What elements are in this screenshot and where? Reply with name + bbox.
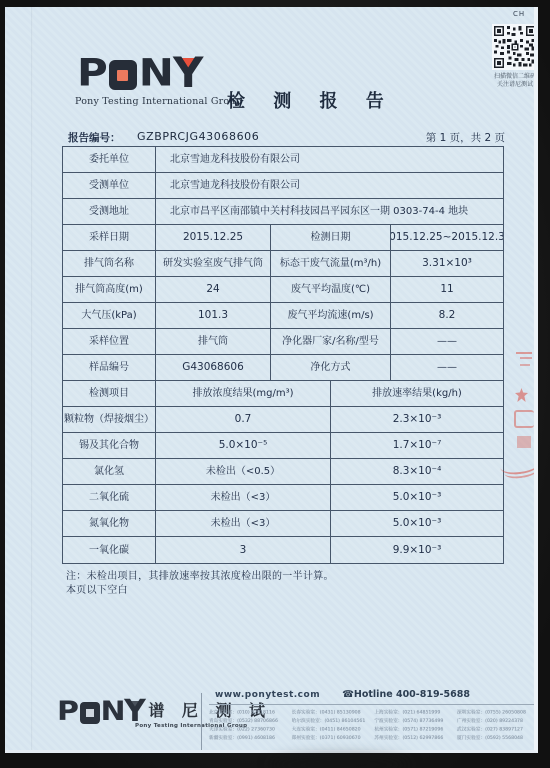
- row-value: G43068606: [156, 355, 271, 380]
- document-title: 检 测 报 告: [227, 87, 395, 113]
- rate-value: 5.0×10⁻³: [331, 485, 503, 510]
- report-meta-line: 报告编号： GZBPRCJG43068606 第 1 页，共 2 页: [65, 130, 505, 144]
- result-row: 一氧化碳 3 9.9×10⁻³: [63, 537, 503, 563]
- row-value: 101.3: [156, 303, 271, 328]
- lab-phone: 哈尔滨实验室：(0451) 86104561: [292, 717, 375, 726]
- column-header: 排放浓度结果(mg/m³): [156, 381, 331, 406]
- footer-contact-block: www.ponytest.com ☎Hotline 400-819-5688 北…: [209, 689, 538, 752]
- lab-phone: 天津实验室：(022) 27360730: [209, 725, 292, 734]
- logo-o-square: [117, 70, 128, 81]
- row-value: 北京雪迪龙科技股份有限公司: [156, 173, 503, 198]
- stamp-mark: [520, 364, 530, 366]
- website-link[interactable]: www.ponytest.com: [215, 690, 320, 700]
- lab-phone: 长春实验室：(0431) 85130908: [292, 708, 375, 717]
- rate-value: 9.9×10⁻³: [331, 537, 503, 563]
- lab-phone: 苏州实验室：(0512) 62997866: [374, 734, 457, 743]
- row-label: 采样位置: [63, 329, 156, 354]
- lab-phone: 郑州实验室：(0371) 60930670: [292, 734, 375, 743]
- row-label: 排气筒名称: [63, 251, 156, 276]
- analyte-name: 氯化氢: [63, 459, 156, 484]
- row-label: 排气筒高度(m): [63, 277, 156, 302]
- stamp-mark: [517, 436, 531, 448]
- lab-phone: 宁波实验室：(0574) 87736499: [374, 717, 457, 726]
- row-label: 委托单位: [63, 147, 156, 172]
- result-row: 氯化氢 未检出（<0.5） 8.3×10⁻⁴: [63, 459, 503, 485]
- row-label: 净化器厂家/名称/型号: [271, 329, 391, 354]
- pony-logo: P N Y: [77, 51, 201, 91]
- footer-divider: [201, 693, 202, 753]
- logo-subtitle: Pony Testing International Group: [75, 96, 242, 107]
- concentration-value: 未检出（<3）: [156, 485, 331, 510]
- analyte-name: 氮氧化物: [63, 511, 156, 536]
- report-no-label: 报告编号：: [68, 130, 121, 145]
- row-label: 废气平均温度(℃): [271, 277, 391, 302]
- footer-logo-letter-n: N: [101, 701, 125, 724]
- lab-phone: 广州实验室：(020) 89224378: [457, 717, 538, 726]
- page-number-info: 第 1 页，共 2 页: [426, 130, 505, 145]
- lab-phone: 厦门实验室：(0592) 5568048: [457, 734, 538, 743]
- footer-logo-o-square: [86, 709, 94, 717]
- photo-smudge: [270, 756, 410, 768]
- lab-phone: 北京实验室：(010) 82618116: [209, 708, 292, 717]
- language-tag: CH: [513, 10, 525, 18]
- logo-letter-p: P: [77, 57, 106, 89]
- concentration-value: 未检出（<0.5）: [156, 459, 331, 484]
- photo-of-report: { "page": { "lang_tag": "CH", "title": "…: [0, 0, 550, 768]
- table-row: 排气筒高度(m) 24 废气平均温度(℃) 11: [63, 277, 503, 303]
- logo-letter-y: Y: [173, 55, 201, 91]
- row-value: 24: [156, 277, 271, 302]
- report-page: CH: [5, 7, 538, 753]
- lab-phone: 上海实验室：(021) 64851999: [374, 708, 457, 717]
- row-value: 11: [391, 277, 503, 302]
- lab-phone: 杭州实验室：(0571) 87219096: [374, 725, 457, 734]
- table-row: 排气筒名称 研发实验室废气排气筒 标态干废气流量(m³/h) 3.31×10³: [63, 251, 503, 277]
- report-no-value: GZBPRCJG43068606: [137, 130, 259, 143]
- logo-letter-n: N: [139, 57, 172, 89]
- row-value: 北京雪迪龙科技股份有限公司: [156, 147, 503, 172]
- analyte-name: 一氧化碳: [63, 537, 156, 563]
- row-label: 标态干废气流量(m³/h): [271, 251, 391, 276]
- result-row: 二氧化硫 未检出（<3） 5.0×10⁻³: [63, 485, 503, 511]
- row-value: 2015.12.25: [156, 225, 271, 250]
- row-label: 检测日期: [271, 225, 391, 250]
- qr-code-icon: [494, 26, 536, 68]
- logo-letter-o: [109, 60, 137, 90]
- row-label: 受测地址: [63, 199, 156, 224]
- concentration-value: 5.0×10⁻⁵: [156, 433, 331, 458]
- lab-phone: 深圳实验室：(0755) 26050808: [457, 708, 538, 717]
- row-label: 净化方式: [271, 355, 391, 380]
- scan-crease: [31, 7, 33, 750]
- qr-caption-line2: 关注谱尼测试: [488, 81, 538, 89]
- analyte-name: 颗粒物（焊接烟尘）: [63, 407, 156, 432]
- red-stamp-partial: [494, 352, 534, 492]
- row-value: 8.2: [391, 303, 503, 328]
- qr-caption: 扫描微信二维码 关注谱尼测试: [488, 73, 538, 88]
- result-row: 氮氧化物 未检出（<3） 5.0×10⁻³: [63, 511, 503, 537]
- footer-logo-letter-o: [80, 702, 100, 724]
- lab-phone: 武汉实验室：(027) 83897127: [457, 725, 538, 734]
- table-row: 委托单位 北京雪迪龙科技股份有限公司: [63, 147, 503, 173]
- rate-value: 2.3×10⁻³: [331, 407, 503, 432]
- row-value: 3.31×10³: [391, 251, 503, 276]
- stamp-mark: [520, 357, 532, 359]
- qr-caption-line1: 扫描微信二维码: [488, 73, 538, 81]
- rate-value: 8.3×10⁻⁴: [331, 459, 503, 484]
- result-row: 锡及其化合物 5.0×10⁻⁵ 1.7×10⁻⁷: [63, 433, 503, 459]
- table-row: 采样位置 排气筒 净化器厂家/名称/型号 ——: [63, 329, 503, 355]
- row-value: 2015.12.25~2015.12.31: [391, 225, 503, 250]
- concentration-value: 0.7: [156, 407, 331, 432]
- row-label: 大气压(kPa): [63, 303, 156, 328]
- lab-phone: 新疆实验室：(0991) 4608186: [209, 734, 292, 743]
- table-row: 采样日期 2015.12.25 检测日期 2015.12.25~2015.12.…: [63, 225, 503, 251]
- rate-value: 1.7×10⁻⁷: [331, 433, 503, 458]
- table-row: 大气压(kPa) 101.3 废气平均流速(m/s) 8.2: [63, 303, 503, 329]
- concentration-value: 3: [156, 537, 331, 563]
- footer-rule-top: [209, 704, 538, 705]
- row-value: ——: [391, 329, 503, 354]
- analyte-name: 二氧化硫: [63, 485, 156, 510]
- report-table: 委托单位 北京雪迪龙科技股份有限公司 受测单位 北京雪迪龙科技股份有限公司 受测…: [62, 146, 504, 564]
- results-header-row: 检测项目 排放浓度结果(mg/m³) 排放速率结果(kg/h): [63, 381, 503, 407]
- table-row: 样品编号 G43068606 净化方式 ——: [63, 355, 503, 381]
- row-value: 研发实验室废气排气筒: [156, 251, 271, 276]
- analyte-name: 锡及其化合物: [63, 433, 156, 458]
- row-label: 采样日期: [63, 225, 156, 250]
- blank-below-note: 本页以下空白: [66, 581, 128, 596]
- row-value: 北京市昌平区南邵镇中关村科技园昌平园东区一期 0303-74-4 地块: [156, 199, 503, 224]
- row-label: 废气平均流速(m/s): [271, 303, 391, 328]
- note-line: 注：未检出项目，其排放速率按其浓度检出限的一半计算。: [66, 567, 334, 582]
- qr-code: [492, 24, 538, 70]
- footer-logo-letter-y: Y: [124, 699, 144, 725]
- stamp-star-icon: [515, 388, 528, 402]
- lab-phone: 青岛实验室：(0532) 88706866: [209, 717, 292, 726]
- rate-value: 5.0×10⁻³: [331, 511, 503, 536]
- lab-phone: 大连实验室：(0411) 84650820: [292, 725, 375, 734]
- table-row: 受测地址 北京市昌平区南邵镇中关村科技园昌平园东区一期 0303-74-4 地块: [63, 199, 503, 225]
- hotline-number: ☎Hotline 400-819-5688: [342, 689, 470, 700]
- column-header: 检测项目: [63, 381, 156, 406]
- row-value: 排气筒: [156, 329, 271, 354]
- row-label: 受测单位: [63, 173, 156, 198]
- row-label: 样品编号: [63, 355, 156, 380]
- result-row: 颗粒物（焊接烟尘） 0.7 2.3×10⁻³: [63, 407, 503, 433]
- footer-logo-letter-p: P: [57, 701, 78, 724]
- row-value: ——: [391, 355, 503, 380]
- concentration-value: 未检出（<3）: [156, 511, 331, 536]
- stamp-mark: [516, 352, 532, 354]
- table-row: 受测单位 北京雪迪龙科技股份有限公司: [63, 173, 503, 199]
- lab-phone-grid: 北京实验室：(010) 82618116 长春实验室：(0431) 851309…: [209, 708, 538, 742]
- stamp-mark: [514, 410, 534, 428]
- column-header: 排放速率结果(kg/h): [331, 381, 503, 406]
